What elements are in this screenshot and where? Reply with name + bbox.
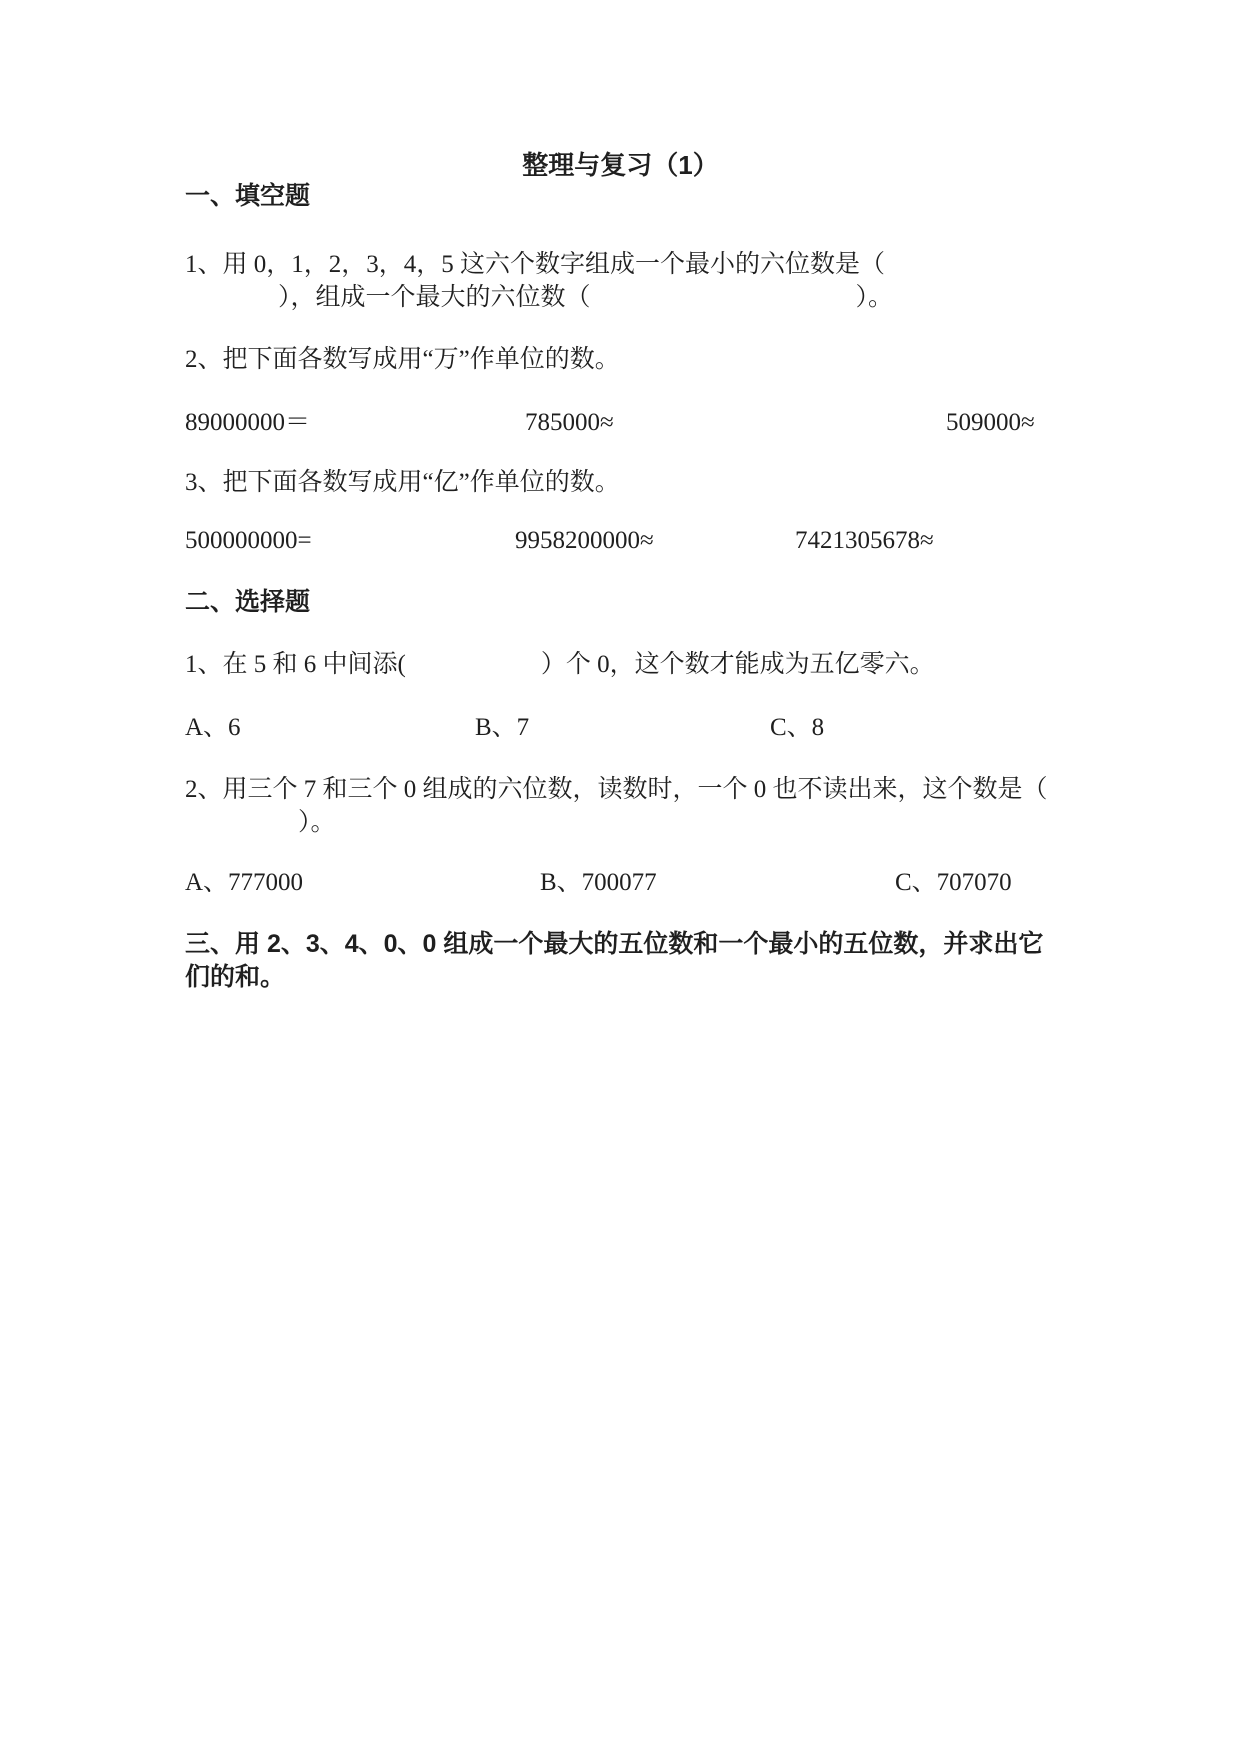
s2-q1-option-a: A、6	[185, 711, 241, 744]
s1-q2-text: 2、把下面各数写成用“万”作单位的数。	[185, 343, 620, 376]
answer-blank	[406, 670, 541, 672]
s2-q2-options-row: A、777000 B、700077 C、707070	[0, 866, 1241, 899]
s2-q2-option-b: B、700077	[540, 866, 657, 899]
s1-q3-text: 3、把下面各数写成用“亿”作单位的数。	[185, 466, 620, 499]
s2-q1-option-c: C、8	[770, 711, 824, 744]
s2-q1-post: ）个 0，这个数才能成为五亿零六。	[541, 651, 935, 678]
s1-q3-number-2: 9958200000≈	[515, 524, 654, 557]
section3-line2: 们的和。	[185, 961, 285, 994]
s2-q2-option-a: A、777000	[185, 866, 303, 899]
doc-title: 整理与复习（1）	[0, 148, 1241, 182]
s1-q1-line1: 1、用 0，1，2，3，4，5 这六个数字组成一个最小的六位数是（	[185, 248, 885, 281]
s1-q2-numbers-row: 89000000＝ 785000≈ 509000≈	[0, 406, 1241, 439]
section3-line1: 三、用 2、3、4、0、0 组成一个最大的五位数和一个最小的五位数，并求出它	[185, 928, 1043, 961]
s1-q1-line2-post: ）。	[856, 284, 894, 311]
s2-q2-option-c: C、707070	[895, 866, 1012, 899]
s1-q2-number-3: 509000≈	[946, 406, 1035, 439]
s2-q1-option-b: B、7	[475, 711, 529, 744]
s2-q2-line1: 2、用三个 7 和三个 0 组成的六位数，读数时，一个 0 也不读出来，这个数是…	[185, 773, 1048, 806]
section2-heading: 二、选择题	[185, 586, 310, 619]
s1-q3-numbers-row: 500000000= 9958200000≈ 7421305678≈	[0, 524, 1241, 557]
s1-q1-line2-pre: ），组成一个最大的六位数（	[278, 284, 591, 311]
s1-q2-number-1: 89000000＝	[185, 406, 310, 439]
s1-q2-number-2: 785000≈	[525, 406, 614, 439]
s2-q1-options-row: A、6 B、7 C、8	[0, 711, 1241, 744]
s2-q2-line2: ）。	[298, 806, 336, 839]
s1-q1-line2: ），组成一个最大的六位数（）。	[278, 281, 893, 314]
s2-q1-pre: 1、在 5 和 6 中间添(	[185, 651, 406, 678]
s1-q3-number-3: 7421305678≈	[795, 524, 934, 557]
section1-heading: 一、填空题	[185, 180, 310, 213]
s1-q3-number-1: 500000000=	[185, 524, 312, 557]
worksheet-page: 整理与复习（1） 一、填空题 1、用 0，1，2，3，4，5 这六个数字组成一个…	[0, 0, 1241, 1754]
answer-blank	[591, 303, 856, 305]
s2-q1-line: 1、在 5 和 6 中间添(）个 0，这个数才能成为五亿零六。	[185, 648, 935, 681]
